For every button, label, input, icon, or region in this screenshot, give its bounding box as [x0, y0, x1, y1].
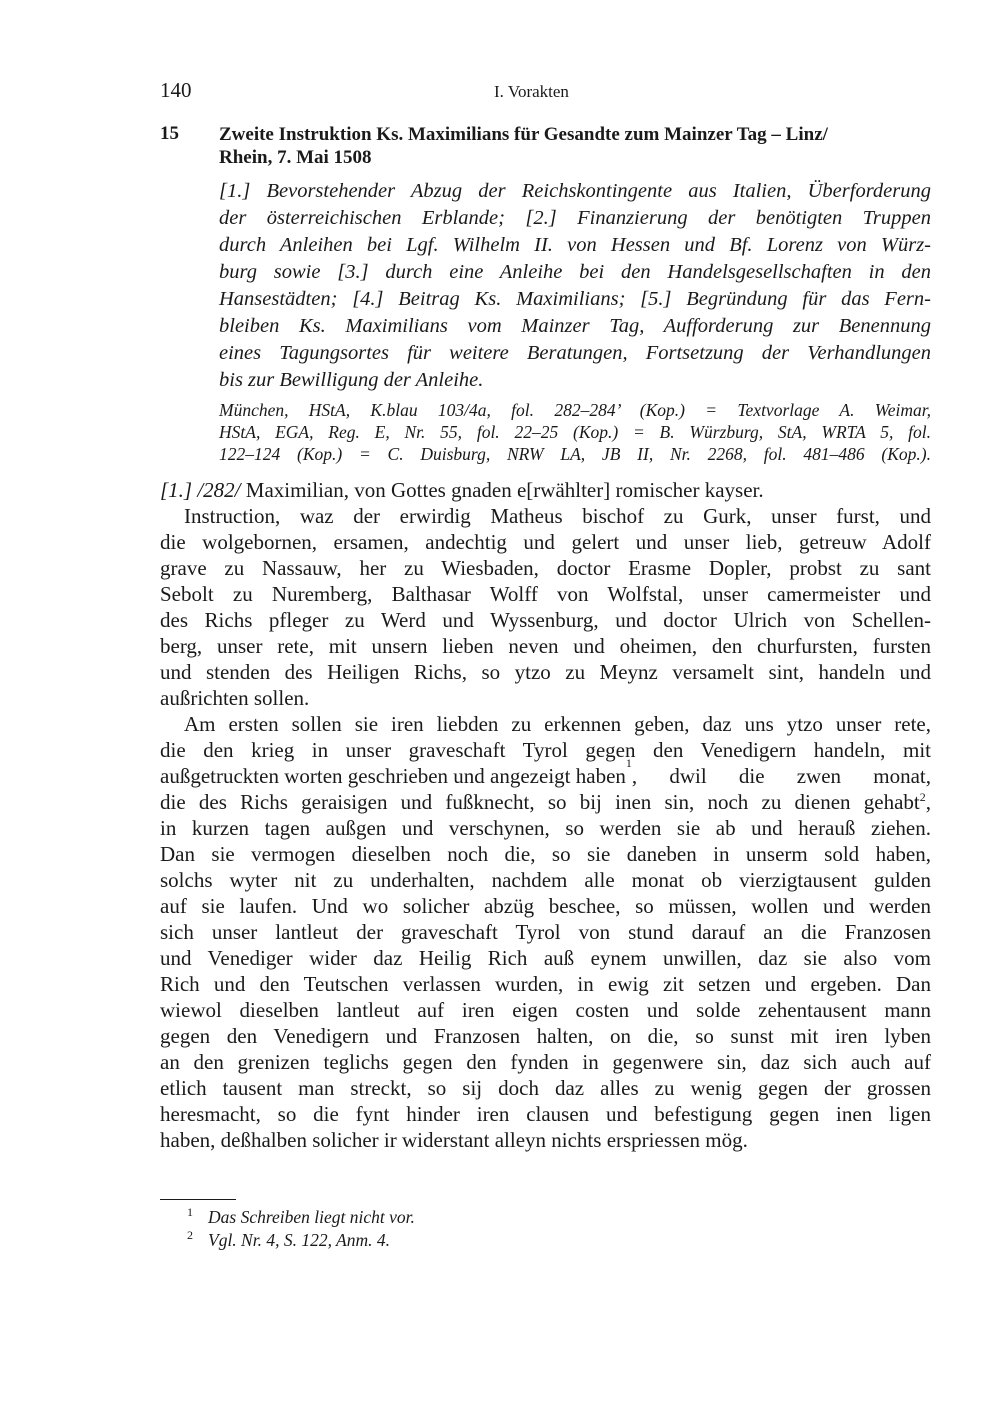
regest-line: burg sowie [3.] durch eine Anleihe bei d… [219, 261, 931, 284]
regest-line: eines Tagungsortes für weitere Beratunge… [219, 342, 931, 365]
regest-line: Hansestädten; [4.] Beitrag Ks. Maximilia… [219, 288, 931, 311]
body-line: wiewol dieselben lantleut auf iren eigen… [160, 998, 931, 1023]
footnote-text: Vgl. Nr. 4, S. 122, Anm. 4. [208, 1230, 390, 1251]
body-line: haben, deßhalben solicher ir widerstant … [160, 1128, 748, 1153]
regest-line: durch Anleihen bei Lgf. Wilhelm II. von … [219, 234, 931, 257]
body-line-part: die des Richs geraisigen und fußknecht, … [160, 790, 920, 814]
footnote-text: Das Schreiben liegt nicht vor. [208, 1207, 415, 1228]
body-line: Am ersten sollen sie iren liebden zu erk… [184, 712, 931, 737]
body-line: des Richs pfleger zu Werd und Wyssenburg… [160, 608, 931, 633]
regest-line: bis zur Bewilligung der Anleihe. [219, 369, 931, 392]
body-line: etlich tausent man streckt, so sij doch … [160, 1076, 931, 1101]
body-line: gegen den Venedigern und Franzosen halte… [160, 1024, 931, 1049]
body-line-with-footnote-2: die des Richs geraisigen und fußknecht, … [160, 790, 931, 815]
document-title-line-1: Zweite Instruktion Ks. Maximilians für G… [219, 123, 931, 146]
body-line: solchs wyter nit zu underhalten, nachdem… [160, 868, 931, 893]
regest-line: der österreichischen Erblande; [2.] Fina… [219, 207, 931, 230]
footnote-separator [160, 1199, 236, 1200]
body-line: heresmacht, so die fynt hinder iren clau… [160, 1102, 931, 1127]
body-line: und Venediger wider daz Heilig Rich auß … [160, 946, 931, 971]
regest-line: [1.] Bevorstehender Abzug der Reichskont… [219, 180, 931, 203]
body-line: die den krieg in unser graveschaft Tyrol… [160, 738, 931, 763]
source-line: München, HStA, K.blau 103/4a, fol. 282–2… [219, 400, 931, 421]
source-citation: München, HStA, K.blau 103/4a, fol. 282–2… [219, 400, 931, 470]
intitulatio: Maximilian, von Gottes gnaden e[rwählter… [241, 478, 764, 502]
body-line: an den grenizen teglichs gegen den fynde… [160, 1050, 931, 1075]
body-line: Rich und den Teutschen verlassen wurden,… [160, 972, 931, 997]
body-line: in kurzen tagen außgen und verschynen, s… [160, 816, 931, 841]
body-line: Dan sie vermogen dieselben noch die, so … [160, 842, 931, 867]
body-line: grave zu Nassauw, her zu Wiesbaden, doct… [160, 556, 931, 581]
body-line: Sebolt zu Nuremberg, Balthasar Wolff von… [160, 582, 931, 607]
body-line: berg, unser rete, mit unsern lieben neve… [160, 634, 931, 659]
page-number: 140 [160, 78, 192, 103]
body-line-part: , [926, 790, 931, 814]
regest-line: bleiben Ks. Maximilians vom Mainzer Tag,… [219, 315, 931, 338]
footnote-number: 2 [187, 1228, 193, 1243]
body-line: auf sie laufen. Und wo solicher abzüg be… [160, 894, 931, 919]
body-line: sich unser lantleut der graveschaft Tyro… [160, 920, 931, 945]
body-line: außrichten sollen. [160, 686, 309, 711]
footnote-ref-2[interactable]: 2 [920, 790, 926, 804]
edition-text: [1.] /282/ Maximilian, von Gottes gnaden… [160, 478, 931, 1168]
document-number: 15 [160, 123, 179, 145]
body-line: Instruction, waz der erwirdig Matheus bi… [184, 504, 931, 529]
footnote-number: 1 [187, 1205, 193, 1220]
body-line: und stenden des Heiligen Richs, so ytzo … [160, 660, 931, 685]
regest: [1.] Bevorstehender Abzug der Reichskont… [219, 180, 931, 390]
folio-marker: [1.] /282/ [160, 478, 241, 502]
document-title-line-2: Rhein, 7. Mai 1508 [219, 146, 931, 169]
body-line: die wolgebornen, ersamen, andechtig und … [160, 530, 931, 555]
opening-line: [1.] /282/ Maximilian, von Gottes gnaden… [160, 478, 764, 503]
body-line-part: , dwil die zwen monat, [632, 764, 931, 789]
body-line-part: außgetruckten worten geschrieben und ang… [160, 764, 626, 789]
source-line: 122–124 (Kop.) = C. Duisburg, NRW LA, JB… [219, 444, 931, 465]
footnote-ref-1[interactable]: 1 [626, 756, 632, 781]
body-line-with-footnote-1: außgetruckten worten geschrieben und ang… [160, 764, 931, 789]
source-line: HStA, EGA, Reg. E, Nr. 55, fol. 22–25 (K… [219, 422, 931, 443]
running-section-title: I. Vorakten [494, 82, 569, 102]
